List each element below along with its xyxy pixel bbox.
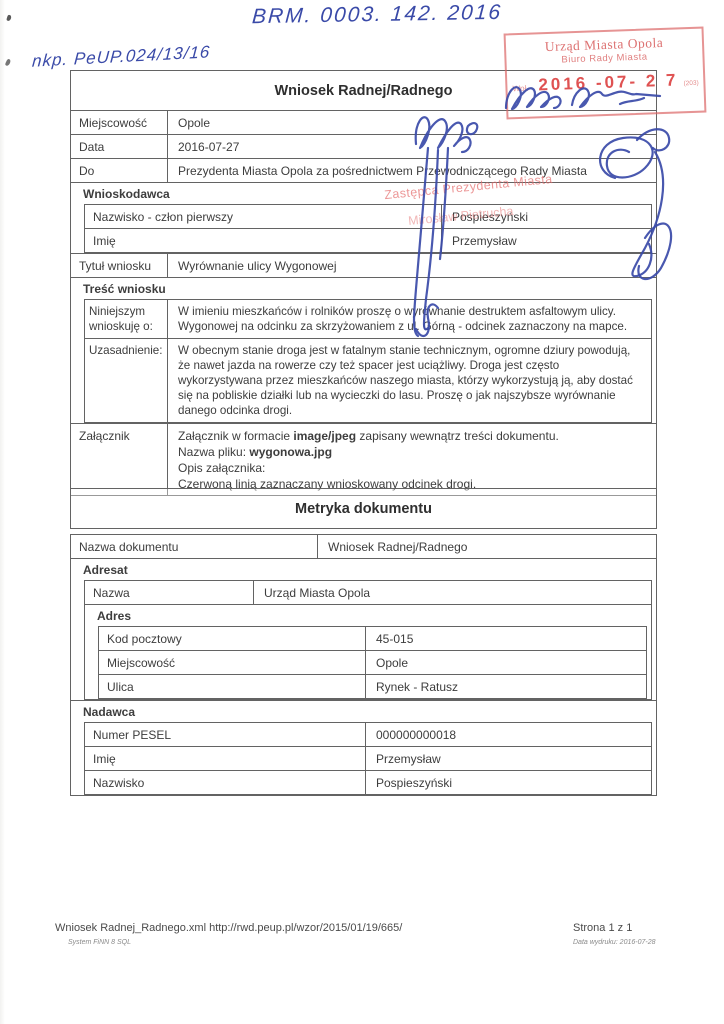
sender-firstname-label: Imię [85, 747, 366, 770]
surname-label: Nazwisko - człon pierwszy [85, 205, 442, 228]
place-label: Miejscowość [71, 111, 168, 134]
attachment-format: image/jpeg [293, 429, 356, 443]
justification-value: W obecnym stanie droga jest w fatalnym s… [168, 339, 651, 422]
signature-right [575, 118, 695, 286]
request-label: Niniejszym wnioskuję o: [85, 300, 168, 338]
metadata-title-box: Metryka dokumentu [70, 488, 657, 529]
postal-code-value: 45-015 [366, 627, 646, 650]
section-content: Treść wniosku [71, 277, 656, 299]
signature-central [398, 104, 493, 344]
footer-system: System FiNN 8 SQL [68, 939, 131, 946]
attachment-label: Załącznik [71, 424, 168, 495]
attachment-filename: wygonowa.jpg [249, 445, 332, 459]
sender-firstname-value: Przemysław [366, 747, 651, 770]
section-sender: Nadawca [71, 700, 656, 722]
row-firstname: Imię Przemysław [85, 228, 651, 252]
row-addressee-name: Nazwa Urząd Miasta Opola [85, 581, 651, 604]
row-request: Niniejszym wnioskuję o: W imieniu mieszk… [85, 300, 651, 338]
section-address: Adres [85, 604, 651, 626]
addressee-name-label: Nazwa [85, 581, 254, 604]
row-to: Do Prezydenta Miasta Opola za pośrednict… [71, 158, 656, 182]
row-attachment: Załącznik Załącznik w formacie image/jpe… [71, 423, 656, 495]
stamp-side-number: (203) [683, 80, 698, 88]
attachment-line1-pre: Załącznik w formacie [178, 429, 293, 443]
address-subtable: Kod pocztowy 45-015 Miejscowość Opole Ul… [98, 626, 647, 699]
city-label: Miejscowość [99, 651, 366, 674]
postal-code-label: Kod pocztowy [99, 627, 366, 650]
ink-speck [5, 58, 12, 66]
handwritten-case-number: BRM. 0003. 142. 2016 [251, 1, 503, 29]
section-applicant: Wnioskodawca [71, 182, 656, 204]
pesel-label: Numer PESEL [85, 723, 366, 746]
to-label: Do [71, 159, 168, 182]
street-label: Ulica [99, 675, 366, 698]
attachment-line3: Opis załącznika: [178, 460, 648, 476]
signature-over-stamp [500, 72, 675, 122]
addressee-subtable: Nazwa Urząd Miasta Opola Adres Kod poczt… [84, 580, 652, 700]
justification-label: Uzasadnienie: [85, 339, 168, 422]
row-city: Miejscowość Opole [99, 650, 646, 674]
row-postal-code: Kod pocztowy 45-015 [99, 627, 646, 650]
attachment-line2: Nazwa pliku: wygonowa.jpg [178, 444, 648, 460]
row-sender-surname: Nazwisko Pospieszyński [85, 770, 651, 794]
subject-label: Tytuł wniosku [71, 254, 168, 277]
metadata-table: Nazwa dokumentu Wniosek Radnej/Radnego A… [70, 534, 657, 796]
section-addressee: Adresat [71, 558, 656, 580]
row-sender-firstname: Imię Przemysław [85, 746, 651, 770]
handwritten-ref-number: nkp. PeUP.024/13/16 [31, 42, 211, 71]
footer-print-date: Data wydruku: 2016-07-28 [573, 939, 656, 946]
content-subtable: Niniejszym wnioskuję o: W imieniu mieszk… [84, 299, 652, 423]
row-subject: Tytuł wniosku Wyrównanie ulicy Wygonowej [71, 253, 656, 277]
sender-subtable: Numer PESEL 000000000018 Imię Przemysław… [84, 722, 652, 795]
metadata-title: Metryka dokumentu [71, 489, 656, 528]
row-surname: Nazwisko - człon pierwszy Pospieszyński [85, 205, 651, 228]
request-form-table: Wniosek Radnej/Radnego Miejscowość Opole… [70, 70, 657, 496]
row-justification: Uzasadnienie: W obecnym stanie droga jes… [85, 338, 651, 422]
footer-doc-ref: Wniosek Radnej_Radnego.xml http://rwd.pe… [55, 922, 402, 934]
attachment-line1-post: zapisany wewnątrz treści dokumentu. [356, 429, 559, 443]
street-value: Rynek - Ratusz [366, 675, 646, 698]
addressee-name-value: Urząd Miasta Opola [254, 581, 651, 604]
applicant-subtable: Nazwisko - człon pierwszy Pospieszyński … [84, 204, 652, 253]
row-pesel: Numer PESEL 000000000018 [85, 723, 651, 746]
doc-name-label: Nazwa dokumentu [71, 535, 318, 558]
ink-speck [6, 15, 12, 22]
date-label: Data [71, 135, 168, 158]
footer-page-number: Strona 1 z 1 [573, 922, 632, 934]
attachment-filename-label: Nazwa pliku: [178, 445, 249, 459]
row-street: Ulica Rynek - Ratusz [99, 674, 646, 698]
sender-surname-value: Pospieszyński [366, 771, 651, 794]
pesel-value: 000000000018 [366, 723, 651, 746]
attachment-line1: Załącznik w formacie image/jpeg zapisany… [178, 428, 648, 444]
row-date: Data 2016-07-27 [71, 134, 656, 158]
doc-name-value: Wniosek Radnej/Radnego [318, 535, 656, 558]
scanned-page: BRM. 0003. 142. 2016 nkp. PeUP.024/13/16… [0, 0, 724, 1024]
row-doc-name: Nazwa dokumentu Wniosek Radnej/Radnego [71, 535, 656, 558]
attachment-value: Załącznik w formacie image/jpeg zapisany… [168, 424, 656, 495]
firstname-label: Imię [85, 229, 442, 252]
sender-surname-label: Nazwisko [85, 771, 366, 794]
city-value: Opole [366, 651, 646, 674]
